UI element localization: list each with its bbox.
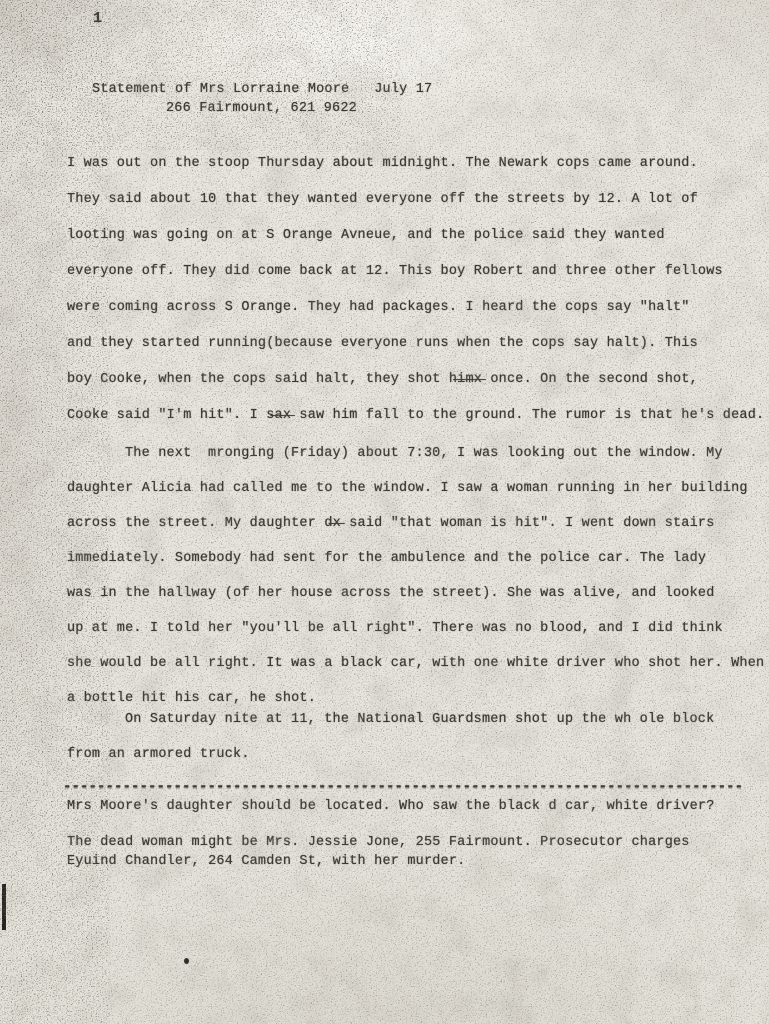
text-line: The dead woman might be Mrs. Jessie Jone… bbox=[67, 833, 690, 852]
text-line: The next mronging (Friday) about 7:30, I… bbox=[67, 436, 764, 471]
text-line: Cooke said "I'm hit". I s̶a̶x̶ saw him f… bbox=[67, 398, 764, 434]
text-line: boy Cooke, when the cops said halt, they… bbox=[67, 362, 764, 398]
dashed-separator: ----------------------------------------… bbox=[63, 779, 743, 795]
text-line: and they started running(because everyon… bbox=[67, 326, 764, 362]
header-title: Statement of Mrs Lorraine Moore July 17 bbox=[92, 80, 432, 99]
paragraph-2: The next mronging (Friday) about 7:30, I… bbox=[67, 436, 764, 716]
text-line: were coming across S Orange. They had pa… bbox=[67, 290, 764, 326]
text-line: immediately. Somebody had sent for the a… bbox=[67, 541, 764, 576]
scanned-document-page: 1 Statement of Mrs Lorraine Moore July 1… bbox=[0, 0, 769, 1024]
text-line: she would be all right. It was a black c… bbox=[67, 646, 764, 681]
text-line: up at me. I told her "you'll be all righ… bbox=[67, 611, 764, 646]
text-line: Mrs Moore's daughter should be located. … bbox=[67, 797, 715, 817]
text-line: across the street. My daughter d̶x̶ said… bbox=[67, 506, 764, 541]
text-line: looting was going on at S Orange Avneue,… bbox=[67, 218, 764, 254]
text-line: from an armored truck. bbox=[67, 737, 714, 772]
text-line: Eyuind Chandler, 264 Camden St, with her… bbox=[67, 852, 690, 871]
header-address: 266 Fairmount, 621 9622 bbox=[166, 99, 432, 118]
text-line: daughter Alicia had called me to the win… bbox=[67, 471, 764, 506]
text-line: was in the hallway (of her house across … bbox=[67, 576, 764, 611]
ink-speck bbox=[184, 958, 189, 964]
page-number: 1 bbox=[93, 10, 102, 27]
text-line: On Saturday nite at 11, the National Gua… bbox=[67, 702, 714, 737]
text-line: I was out on the stoop Thursday about mi… bbox=[67, 146, 764, 182]
footer-note-2: The dead woman might be Mrs. Jessie Jone… bbox=[67, 833, 690, 871]
document-header: Statement of Mrs Lorraine Moore July 17 … bbox=[92, 80, 432, 118]
paragraph-1: I was out on the stoop Thursday about mi… bbox=[67, 146, 764, 434]
paragraph-3: On Saturday nite at 11, the National Gua… bbox=[67, 702, 714, 772]
text-line: everyone off. They did come back at 12. … bbox=[67, 254, 764, 290]
text-line: They said about 10 that they wanted ever… bbox=[67, 182, 764, 218]
footer-note-1: Mrs Moore's daughter should be located. … bbox=[67, 797, 715, 817]
scan-artifact-bar bbox=[2, 884, 6, 930]
